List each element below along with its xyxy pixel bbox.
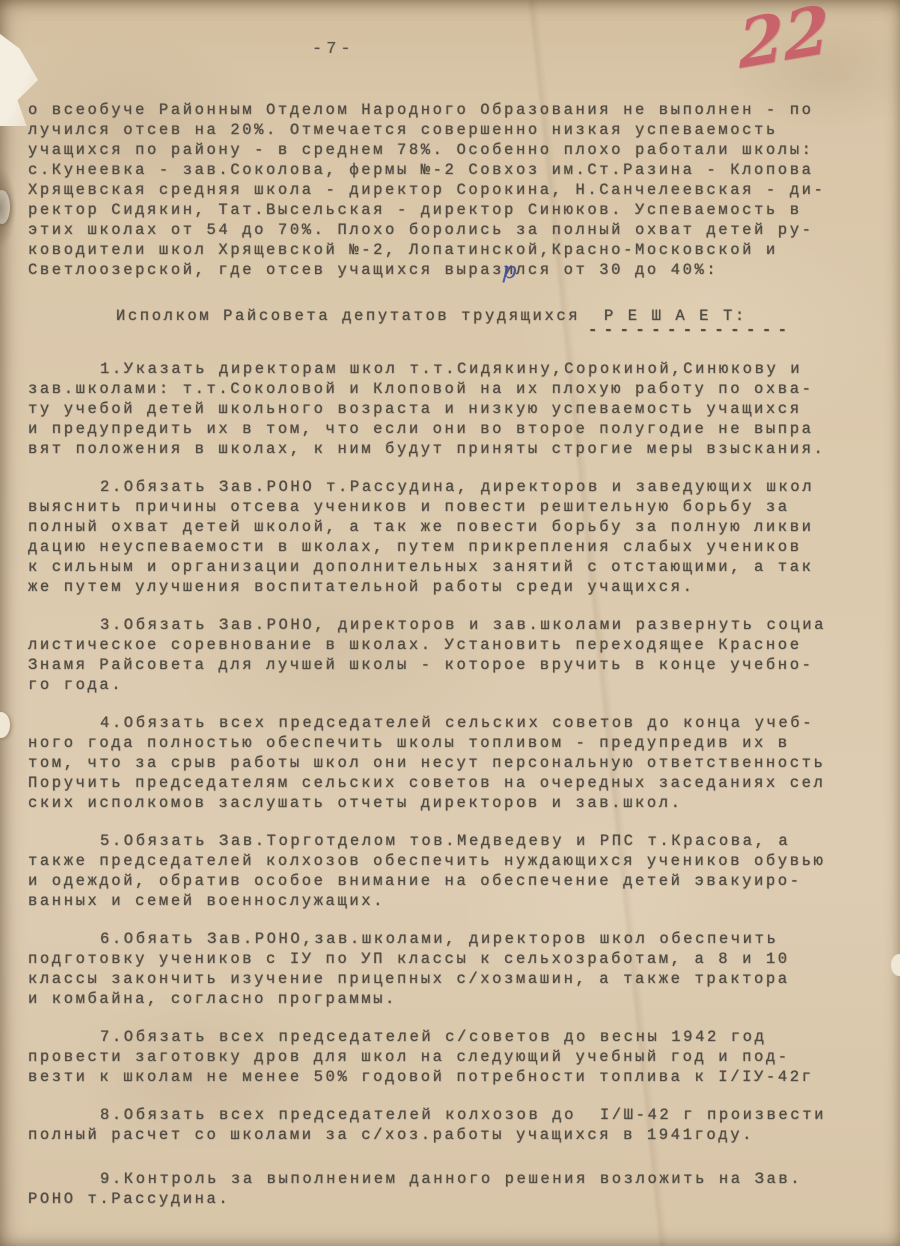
text-line: 4.Обязать всех председателей сельских со… [28, 713, 876, 733]
resolution-item-1: 1.Указать директорам школ т.т.Сидякину,С… [28, 359, 876, 459]
text-line: провести заготовку дров для школ на след… [28, 1047, 876, 1067]
blue-ink-correction: р [501, 258, 517, 285]
paper-nick [891, 954, 900, 976]
text-line: Знамя Райсовета для лучшей школы - котор… [28, 655, 876, 675]
text-line: Поручить председателям сельских советов … [28, 773, 876, 793]
text-line: 7.Обязать всех председателей с/советов д… [28, 1027, 876, 1047]
text-line: зав.школами: т.т.Соколовой и Клоповой на… [28, 379, 876, 399]
text-line: о всеобуче Районным Отделом Народного Об… [28, 100, 876, 120]
text-line: го года. [28, 675, 876, 695]
text-line: и комбайна, согласно программы. [28, 989, 876, 1009]
text-line: 8.Обязать всех председателей колхозов до… [28, 1105, 876, 1125]
text-line: вят положения в школах, к ним будут прин… [28, 439, 876, 459]
text-line: полный расчет со школами за с/хоз.работы… [28, 1125, 876, 1145]
text-line: РОНО т.Рассудина. [28, 1189, 876, 1209]
resolution-item-4: 4.Обязать всех председателей сельских со… [28, 713, 876, 813]
text-line: везти к школам не менее 50% годовой потр… [28, 1067, 876, 1087]
text-line: ских исполкомов заслушать отчеты директо… [28, 793, 876, 813]
text-line: 3.Обязать Зав.РОНО, директоров и зав.шко… [28, 615, 876, 635]
resolution-item-8: 8.Обязать всех председателей колхозов до… [28, 1105, 876, 1145]
text-line: и предупредить их в том, что если они во… [28, 419, 876, 439]
text-line: учащихся по району - в среднем 78%. Особ… [28, 140, 876, 160]
text-line: Хрящевская средняя школа - директор Соро… [28, 180, 876, 200]
folio-number-handwritten: 22 [738, 0, 831, 78]
page-number: -7- [312, 40, 355, 59]
text-line: 5.Обязать Зав.Торготделом тов.Медведеву … [28, 831, 876, 851]
text-line: подготовку учеников с IУ по УП классы к … [28, 949, 876, 969]
text-line: же путем улучшения воспитательной работы… [28, 577, 876, 597]
resolution-heading-underline: ------------- [588, 323, 876, 337]
text-line: 2.Обязать Зав.РОНО т.Рассудина, директор… [28, 477, 876, 497]
resolution-item-7: 7.Обязать всех председателей с/советов д… [28, 1027, 876, 1087]
text-line: выяснить причины отсева учеников и повес… [28, 497, 876, 517]
resolution-item-3: 3.Обязать Зав.РОНО, директоров и зав.шко… [28, 615, 876, 695]
resolution-item-2: 2.Обязать Зав.РОНО т.Рассудина, директор… [28, 477, 876, 597]
text-line: ного года полностью обеспечить школы топ… [28, 733, 876, 753]
text-line: ректор Сидякин, Тат.Высельская - директо… [28, 200, 876, 220]
text-line: ту учебой детей школьного возраста и низ… [28, 399, 876, 419]
edge-smudge [0, 168, 16, 248]
text-line: лучился отсев на 20%. Отмечается соверше… [28, 120, 876, 140]
text-line: и одеждой, обратив особое внимание на об… [28, 871, 876, 891]
text-line: полный охват детей школой, а так же пове… [28, 517, 876, 537]
text-line: дацию неуспеваемости в школах, путем при… [28, 537, 876, 557]
text-line: Светлоозерской, где отсев учащихся выраз… [28, 260, 876, 280]
text-line: с.Кунеевка - зав.Соколова, фермы №-2 Сов… [28, 160, 876, 180]
resolution-item-9: 9.Контроль за выполнением данного решени… [28, 1169, 876, 1209]
text-line: 1.Указать директорам школ т.т.Сидякину,С… [28, 359, 876, 379]
text-line: 6.Обяать Зав.РОНО,зав.школами, директоро… [28, 929, 876, 949]
document-page: -7- 22 о всеобуче Районным Отделом Народ… [0, 0, 900, 1246]
text-line: к сильным и организации дополнительных з… [28, 557, 876, 577]
text-line: 9.Контроль за выполнением данного решени… [28, 1169, 876, 1189]
paper-nick [0, 712, 10, 738]
resolution-item-6: 6.Обяать Зав.РОНО,зав.школами, директоро… [28, 929, 876, 1009]
text-line: том, что за срыв работы школ они несут п… [28, 753, 876, 773]
text-line: также председателей колхозов обеспечить … [28, 851, 876, 871]
text-line: этих школах от 54 до 70%. Плохо боролись… [28, 220, 876, 240]
text-line: классы закончить изучение прицепных с/хо… [28, 969, 876, 989]
intro-paragraph: о всеобуче Районным Отделом Народного Об… [28, 100, 876, 280]
text-line: ванных и семей военнослужащих. [28, 891, 876, 911]
text-line: листическое соревнование в школах. Устан… [28, 635, 876, 655]
text-line: ководители школ Хрящевской №-2, Лопатинс… [28, 240, 876, 260]
resolution-item-5: 5.Обязать Зав.Торготделом тов.Медведеву … [28, 831, 876, 911]
document-body: о всеобуче Районным Отделом Народного Об… [28, 100, 876, 1209]
